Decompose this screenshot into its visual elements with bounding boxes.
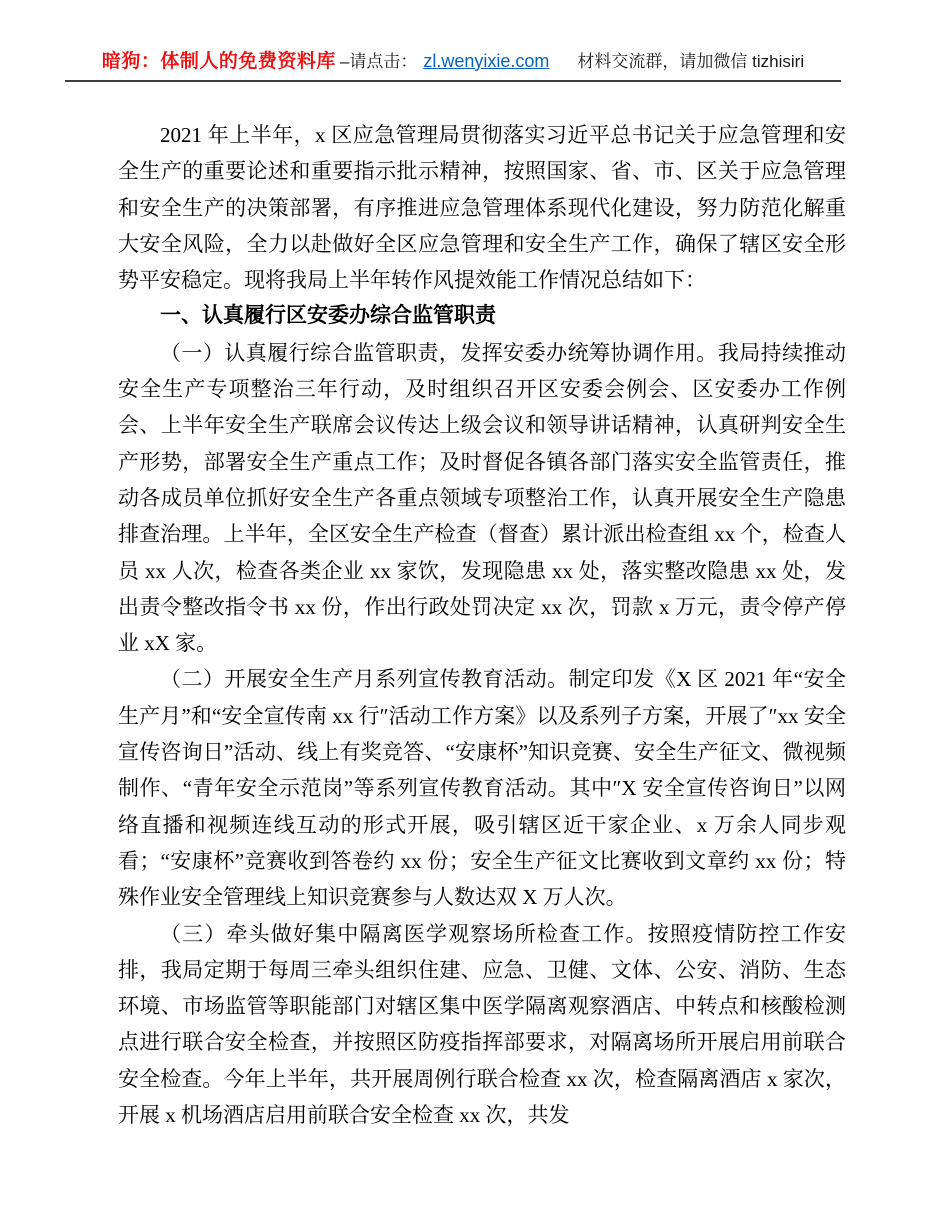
- document-body: 2021 年上半年，x 区应急管理局贯彻落实习近平总书记关于应急管理和安全生产的…: [118, 117, 846, 1133]
- header-site-link[interactable]: zl.wenyixie.com: [423, 51, 549, 71]
- header-click-prompt: –请点击：: [340, 52, 417, 71]
- paragraph-intro: 2021 年上半年，x 区应急管理局贯彻落实习近平总书记关于应急管理和安全生产的…: [118, 117, 846, 298]
- header-brand-text: 暗狗：体制人的免费资料库: [102, 51, 336, 72]
- paragraph-item-1: （一）认真履行综合监管职责，发挥安委办统筹协调作用。我局持续推动安全生产专项整治…: [118, 335, 846, 662]
- section-heading-1: 一、认真履行区安委办综合监管职责: [118, 298, 846, 334]
- paragraph-item-3: （三）牵头做好集中隔离医学观察场所检查工作。按照疫情防控工作安排，我局定期于每周…: [118, 916, 846, 1134]
- page-header: 暗狗：体制人的免费资料库–请点击：zl.wenyixie.com材料交流群，请加…: [65, 46, 841, 82]
- header-wechat-note: 材料交流群，请加微信 tizhisiri: [577, 52, 804, 71]
- paragraph-item-2: （二）开展安全生产月系列宣传教育活动。制定印发《X 区 2021 年“安全生产月…: [118, 661, 846, 915]
- document-page: 暗狗：体制人的免费资料库–请点击：zl.wenyixie.com材料交流群，请加…: [0, 0, 950, 1230]
